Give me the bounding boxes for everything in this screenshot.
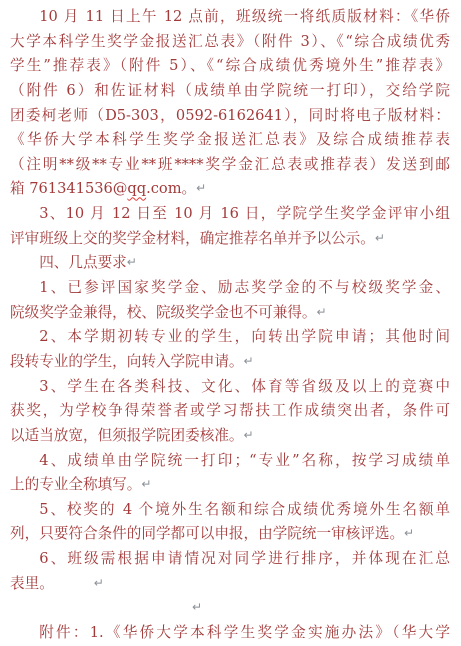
text-run: 学生”推荐表》（附件 5）、《“综合成绩优秀境外生”推荐表》 (10, 57, 450, 74)
text-line: 以适当放宽，但须报学院团委核准。↵ (10, 424, 450, 449)
paragraph-mark-icon: ↵ (244, 349, 254, 374)
text-run: 1、已参评国家奖学金、励志奖学金的不与校级奖学金、 (39, 279, 450, 296)
text-run: 以适当放宽，但须报学院团委核准。 (10, 427, 244, 444)
text-run: 四、几点要求 (39, 254, 127, 271)
text-line: 4、成绩单由学院统一打印；“专业”名称，按学习成绩单 (10, 449, 450, 474)
paragraph-mark-icon: ↵ (141, 472, 151, 497)
text-run: 段转专业的学生，向转入学院申请。 (10, 353, 244, 370)
text-line: 箱 761341536@qq.com。↵ (10, 177, 450, 202)
text-run: 5、校奖的 4 个境外生名额和综合成绩优秀境外生名额单 (39, 501, 450, 518)
text-line: 团委柯老师（D5-303，0592-6162641），同时将电子版材料： (10, 104, 450, 129)
text-line: 《华侨大学本科学生奖学金报送汇总表》及综合成绩推荐表 (10, 128, 450, 153)
text-run: 团委柯老师（D5-303，0592-6162641），同时将电子版材料： (10, 107, 450, 124)
text-run: 上的专业全称填写。 (10, 476, 141, 493)
text-line: 列，只要符合条件的同学都可以申报，由学院统一审核评选。↵ (10, 522, 450, 547)
paragraph-mark-icon: ↵ (94, 571, 104, 596)
text-line: 段转专业的学生，向转入学院申请。↵ (10, 350, 450, 375)
text-run: 6、班级需根据申请情况对同学进行排序，并体现在汇总 (39, 550, 450, 567)
text-line: 四、几点要求↵ (10, 251, 450, 276)
text-line: 10 月 11 日上午 12 点前，班级统一将纸质版材料：《华侨 (10, 5, 450, 30)
spellcheck-underlined-text: qq (127, 180, 146, 197)
text-run: 《华侨大学本科学生奖学金报送汇总表》及综合成绩推荐表 (10, 131, 450, 148)
paragraph-mark-icon: ↵ (127, 250, 137, 275)
text-line: 大学本科学生奖学金报送汇总表》（附件 3）、《“综合成绩优秀 (10, 30, 450, 55)
text-run: 评审班级上交的奖学金材料，确定推荐名单并予以公示。 (10, 230, 375, 247)
text-run: 10 月 11 日上午 12 点前，班级统一将纸质版材料：《华侨 (39, 8, 450, 25)
text-line: 3、10 月 12 日至 10 月 16 日，学院学生奖学金评审小组 (10, 202, 450, 227)
paragraph-mark-icon: ↵ (192, 595, 202, 620)
text-line: 学生”推荐表》（附件 5）、《“综合成绩优秀境外生”推荐表》 (10, 54, 450, 79)
paragraph-mark-icon: ↵ (196, 176, 206, 201)
text-line: 上的专业全称填写。↵ (10, 473, 450, 498)
document-body: 10 月 11 日上午 12 点前，班级统一将纸质版材料：《华侨大学本科学生奖学… (10, 5, 450, 646)
text-line: 附件：1.《华侨大学本科学生奖学金实施办法》（华大学 (10, 621, 450, 646)
text-run: 3、学生在各类科技、文化、体育等省级及以上的竞赛中 (39, 378, 450, 395)
text-line: （附件 6）和佐证材料（成绩单由学院统一打印），交给学院 (10, 79, 450, 104)
text-line: 评审班级上交的奖学金材料，确定推荐名单并予以公示。↵ (10, 227, 450, 252)
text-line: 5、校奖的 4 个境外生名额和综合成绩优秀境外生名额单 (10, 498, 450, 523)
text-run: 列，只要符合条件的同学都可以申报，由学院统一审核评选。 (10, 525, 404, 542)
text-run: 箱 761341536@ (10, 180, 127, 197)
text-run: 附件：1.《华侨大学本科学生奖学金实施办法》（华大学 (39, 624, 450, 641)
paragraph-mark-icon: ↵ (316, 300, 326, 325)
text-run: 获奖，为学校争得荣誉者或学习帮扶工作成绩突出者，条件可 (10, 402, 450, 419)
text-line: （注明**级**专业**班****奖学金汇总表或推荐表）发送到邮 (10, 153, 450, 178)
text-line: 获奖，为学校争得荣誉者或学习帮扶工作成绩突出者，条件可 (10, 399, 450, 424)
text-run: 2、本学期初转专业的学生，向转出学院申请；其他时间 (39, 328, 450, 345)
text-line: 1、已参评国家奖学金、励志奖学金的不与校级奖学金、 (10, 276, 450, 301)
paragraph-mark-icon: ↵ (244, 423, 254, 448)
text-run: 院级奖学金兼得，校、院级奖学金也不可兼得。 (10, 304, 316, 321)
text-line: 6、班级需根据申请情况对同学进行排序，并体现在汇总 (10, 547, 450, 572)
text-line: 2、本学期初转专业的学生，向转出学院申请；其他时间 (10, 325, 450, 350)
text-run: 大学本科学生奖学金报送汇总表》（附件 3）、《“综合成绩优秀 (10, 33, 450, 50)
text-run: 3、10 月 12 日至 10 月 16 日，学院学生奖学金评审小组 (39, 205, 450, 222)
paragraph-mark-icon: ↵ (375, 226, 385, 251)
text-line: 3、学生在各类科技、文化、体育等省级及以上的竞赛中 (10, 375, 450, 400)
text-line: 表里。↵ (10, 572, 450, 597)
text-run: （附件 6）和佐证材料（成绩单由学院统一打印），交给学院 (10, 82, 450, 99)
text-run: 4、成绩单由学院统一打印；“专业”名称，按学习成绩单 (39, 452, 450, 469)
text-run: （注明**级**专业**班****奖学金汇总表或推荐表）发送到邮 (10, 156, 450, 173)
text-line: 院级奖学金兼得，校、院级奖学金也不可兼得。↵ (10, 301, 450, 326)
text-run: 表里。 (10, 575, 54, 592)
text-run: .com。 (146, 180, 196, 197)
document-page: 10 月 11 日上午 12 点前，班级统一将纸质版材料：《华侨大学本科学生奖学… (0, 0, 461, 646)
paragraph-mark-icon: ↵ (404, 521, 414, 546)
text-line: ↵ (10, 596, 450, 621)
